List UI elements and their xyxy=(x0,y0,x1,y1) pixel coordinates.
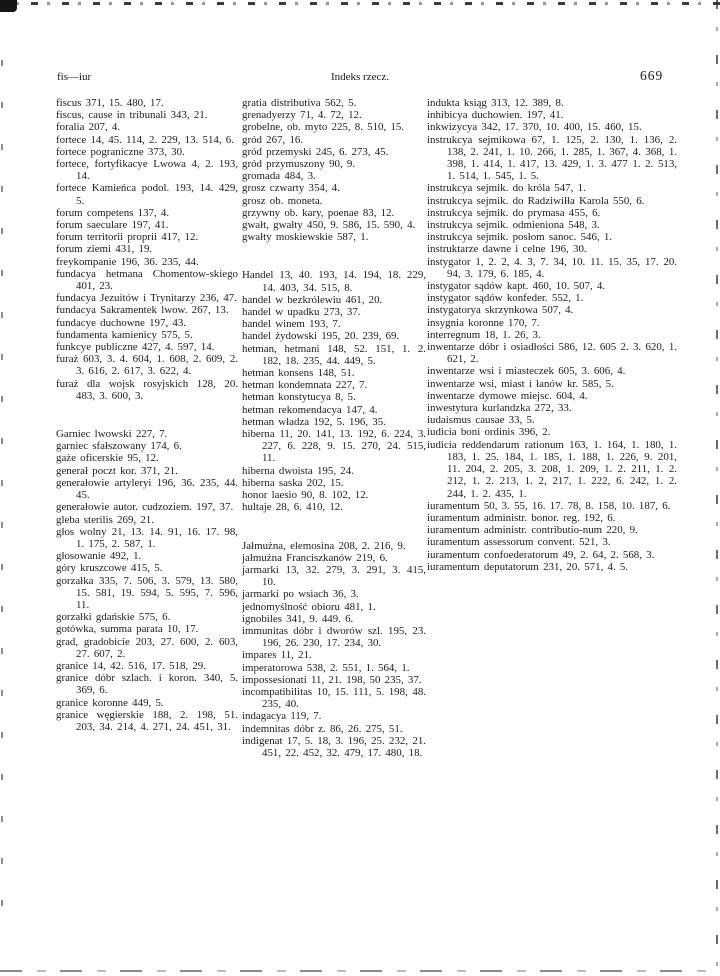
index-entry: inwentarze wsi, miast i łanów kr. 585, 5… xyxy=(427,378,677,390)
index-entry: Garniec lwowski 227, 7. xyxy=(56,428,238,440)
index-entry: gwałty moskiewskie 587, 1. xyxy=(242,231,426,243)
index-entry: gorzałka 335, 7. 506, 3. 579, 13. 580, 1… xyxy=(56,575,238,612)
index-entry: hetman rekomendacya 147, 4. xyxy=(242,404,426,416)
index-entry: góry kruszcowe 415, 5. xyxy=(56,562,238,574)
index-entry: hetman kondemnata 227, 7. xyxy=(242,379,426,391)
index-column-left: fiscus 371, 15. 480, 17.fiscus, cause in… xyxy=(56,97,238,733)
index-entry: instruktarze dawne i celne 196, 30. xyxy=(427,243,677,255)
scan-noise-corner-blob xyxy=(0,0,17,12)
index-entry: handel w upadku 273, 37. xyxy=(242,306,426,318)
index-entry: granice koronne 449, 5. xyxy=(56,697,238,709)
index-entry: indagacya 119, 7. xyxy=(242,710,426,722)
index-entry: głosowanie 492, 1. xyxy=(56,550,238,562)
index-entry: inwentarze dóbr i osiadłości 586, 12. 60… xyxy=(427,341,677,365)
index-entry: indigenat 17, 5. 18, 3. 196, 25. 232, 21… xyxy=(242,735,426,759)
index-entry: hultaje 28, 6. 410, 12. xyxy=(242,501,426,513)
index-entry: iudicia boni ordinis 396, 2. xyxy=(427,426,677,438)
index-entry: instygator sądów konfeder. 552, 1. xyxy=(427,292,677,304)
index-entry: instygator sądów kapt. 460, 10. 507, 4. xyxy=(427,280,677,292)
index-column-middle: gratia distributiva 562, 5.grenadyerzy 7… xyxy=(242,97,426,759)
index-entry: garniec sfałszowany 174, 6. xyxy=(56,440,238,452)
index-entry: gromada 484, 3. xyxy=(242,170,426,182)
index-entry: granice dóbr szlach. i koron. 340, 5. 36… xyxy=(56,672,238,696)
index-entry: granice 14, 42. 516, 17. 518, 29. xyxy=(56,660,238,672)
index-entry: generał poczt kor. 371, 21. xyxy=(56,465,238,477)
index-entry: iuramentum administr. bonor. reg. 192, 6… xyxy=(427,512,677,524)
scan-noise-bottom-edge xyxy=(0,970,720,972)
index-entry: hiberna saska 202, 15. xyxy=(242,477,426,489)
index-entry: fiscus 371, 15. 480, 17. xyxy=(56,97,238,109)
index-entry: iuramentum confoederatorum 49, 2. 64, 2.… xyxy=(427,549,677,561)
index-entry: fundamenta kamienicy 575, 5. xyxy=(56,329,238,341)
index-entry: Jałmużna, elemosina 208, 2. 216, 9. xyxy=(242,540,426,552)
index-entry: fortece pograniczne 373, 30. xyxy=(56,146,238,158)
index-entry: hetman, hetmani 148, 52. 151, 1. 2. 182,… xyxy=(242,343,426,367)
index-entry: freykompanie 196, 36. 235, 44. xyxy=(56,256,238,268)
index-entry: ignobiles 341, 9. 449. 6. xyxy=(242,613,426,625)
index-entry: funkcye publiczne 427, 4. 597, 14. xyxy=(56,341,238,353)
index-entry: głos wolny 21, 13. 14. 91, 16. 17. 98, 1… xyxy=(56,526,238,550)
index-entry: fortece Kamieńca podol. 193, 14. 429, 5. xyxy=(56,182,238,206)
index-group: indukta ksiąg 313, 12. 389, 8.inhibicya … xyxy=(427,97,677,573)
index-entry: grzywny ob. kary, poenae 83, 12. xyxy=(242,207,426,219)
index-entry: inwentarze dymowe miejsc. 604, 4. xyxy=(427,390,677,402)
page-number: 669 xyxy=(640,68,663,84)
index-entry: indemnitas dóbr z. 86, 26. 275, 51. xyxy=(242,723,426,735)
index-entry: gleba sterilis 269, 21. xyxy=(56,514,238,526)
index-entry: fundacya hetmana Chomentow-skiego 401, 2… xyxy=(56,268,238,292)
index-entry: generałowie artyleryi 196, 36. 235, 44. … xyxy=(56,477,238,501)
index-entry: handel w bezkrólewiu 461, 20. xyxy=(242,294,426,306)
index-entry: forum competens 137, 4. xyxy=(56,207,238,219)
index-entry: foralia 207, 4. xyxy=(56,121,238,133)
scan-noise-right-edge xyxy=(716,0,718,976)
index-entry: immunitas dóbr i dworów szl. 195, 23. 19… xyxy=(242,625,426,649)
index-entry: impares 11, 21. xyxy=(242,649,426,661)
index-group: gratia distributiva 562, 5.grenadyerzy 7… xyxy=(242,97,426,243)
index-entry: Handel 13, 40. 193, 14. 194, 18. 229, 14… xyxy=(242,269,426,293)
index-entry: fundacya Jezuitów i Trynitarzy 236, 47. xyxy=(56,292,238,304)
index-entry: hetman konstytucya 8, 5. xyxy=(242,391,426,403)
index-entry: iuramentum deputatorum 231, 20. 571, 4. … xyxy=(427,561,677,573)
index-entry: gwałt, gwałty 450, 9. 586, 15. 590, 4. xyxy=(242,219,426,231)
index-entry: furaż 603, 3. 4. 604, 1. 608, 2. 609, 2.… xyxy=(56,353,238,377)
index-entry: incompatibilitas 10, 15. 111, 5. 198, 48… xyxy=(242,686,426,710)
index-entry: fortece, fortyfikacye Lwowa 4, 2. 193, 1… xyxy=(56,158,238,182)
index-entry: jarmarki po wsiach 36, 3. xyxy=(242,588,426,600)
index-entry: instrukcya sejmik. posłom sanoc. 546, 1. xyxy=(427,231,677,243)
index-group: Handel 13, 40. 193, 14. 194, 18. 229, 14… xyxy=(242,269,426,513)
index-entry: furaż dla wojsk rosyjskich 128, 20. 483,… xyxy=(56,378,238,402)
index-entry: inkwizycya 342, 17. 370, 10. 400, 15. 46… xyxy=(427,121,677,133)
index-entry: interregnum 18, 1. 26, 3. xyxy=(427,329,677,341)
index-entry: fundacye duchowne 197, 43. xyxy=(56,317,238,329)
scan-noise-left-edge xyxy=(1,60,3,940)
index-group: fiscus 371, 15. 480, 17.fiscus, cause in… xyxy=(56,97,238,402)
index-entry: inwentarze wsi i miasteczek 605, 3. 606,… xyxy=(427,365,677,377)
index-entry: instrukcya sejmikowa 67, 1. 125, 2. 130,… xyxy=(427,134,677,183)
index-entry: iudicia reddendarum rationum 163, 1. 164… xyxy=(427,439,677,500)
index-entry: instrukcya sejmik. do prymasa 455, 6. xyxy=(427,207,677,219)
index-entry: instrukcya sejmik. do Radziwiłła Karola … xyxy=(427,195,677,207)
index-column-right: indukta ksiąg 313, 12. 389, 8.inhibicya … xyxy=(427,97,677,573)
running-head-title: Indeks rzecz. xyxy=(0,71,720,83)
index-entry: honor laesio 90, 8. 102, 12. xyxy=(242,489,426,501)
book-page: fis—iur Indeks rzecz. 669 fiscus 371, 15… xyxy=(0,0,720,976)
index-entry: forum ziemi 431, 19. xyxy=(56,243,238,255)
index-entry: iuramentum assessorum convent. 521, 3. xyxy=(427,536,677,548)
index-entry: hiberna dwoista 195, 24. xyxy=(242,465,426,477)
index-entry: grad, gradobicie 203, 27. 600, 2. 603, 2… xyxy=(56,636,238,660)
index-entry: jarmarki 13, 32. 279, 3. 291, 3. 415, 10… xyxy=(242,564,426,588)
index-entry: jednomyślność obioru 481, 1. xyxy=(242,601,426,613)
index-group: Garniec lwowski 227, 7.garniec sfałszowa… xyxy=(56,428,238,733)
index-entry: fundacya Sakramentek lwow. 267, 13. xyxy=(56,304,238,316)
index-entry: iuramentum 50, 3. 55, 16. 17. 78, 8. 158… xyxy=(427,500,677,512)
index-entry: handel żydowski 195, 20. 239, 69. xyxy=(242,330,426,342)
index-entry: indukta ksiąg 313, 12. 389, 8. xyxy=(427,97,677,109)
index-entry: imperatorowa 538, 2. 551, 1. 564, 1. xyxy=(242,662,426,674)
index-entry: gratia distributiva 562, 5. xyxy=(242,97,426,109)
index-entry: grosz czwarty 354, 4. xyxy=(242,182,426,194)
index-entry: hetman konsens 148, 51. xyxy=(242,367,426,379)
index-entry: insygnia koronne 170, 7. xyxy=(427,317,677,329)
index-entry: fiscus, cause in tribunali 343, 21. xyxy=(56,109,238,121)
index-entry: generałowie autor. cudzoziem. 197, 37. xyxy=(56,501,238,513)
index-entry: iuramentum administr. contributio-num 22… xyxy=(427,524,677,536)
index-entry: gród przemyski 245, 6. 273, 45. xyxy=(242,146,426,158)
index-entry: fortece 14, 45. 114, 2. 229, 13. 514, 6. xyxy=(56,134,238,146)
index-entry: gród przymuszony 90, 9. xyxy=(242,158,426,170)
index-entry: instrukcya sejmik. odmieniona 548, 3. xyxy=(427,219,677,231)
index-entry: grosz ob. moneta. xyxy=(242,195,426,207)
index-entry: hetman władza 192, 5. 196, 35. xyxy=(242,416,426,428)
index-entry: gród 267, 16. xyxy=(242,134,426,146)
index-entry: inwestytura kurlandzka 272, 33. xyxy=(427,402,677,414)
index-entry: forum saeculare 197, 41. xyxy=(56,219,238,231)
index-entry: instygatorya skrzynkowa 507, 4. xyxy=(427,304,677,316)
index-entry: inhibicya duchowien. 197, 41. xyxy=(427,109,677,121)
index-entry: impossesionati 11, 21. 198, 50 235, 37. xyxy=(242,674,426,686)
index-group: Jałmużna, elemosina 208, 2. 216, 9.jałmu… xyxy=(242,540,426,760)
index-entry: instrukcya sejmik. do króla 547, 1. xyxy=(427,182,677,194)
index-entry: jałmużna Franciszkanów 219, 6. xyxy=(242,552,426,564)
index-entry: instygator 1, 2. 2, 4. 3, 7. 34, 10. 11.… xyxy=(427,256,677,280)
scan-noise-top-edge xyxy=(0,2,720,5)
index-entry: gotówka, summa parata 10, 17. xyxy=(56,623,238,635)
index-entry: handel winem 193, 7. xyxy=(242,318,426,330)
index-entry: hiberna 11, 20. 141, 13. 192, 6. 224, 3.… xyxy=(242,428,426,465)
index-entry: forum territorii proprii 417, 12. xyxy=(56,231,238,243)
index-entry: gaże oficerskie 95, 12. xyxy=(56,452,238,464)
index-entry: grobelne, ob. myto 225, 8. 510, 15. xyxy=(242,121,426,133)
index-entry: granice węgierskie 188, 2. 198, 51. 203,… xyxy=(56,709,238,733)
index-entry: iudaismus causae 33, 5. xyxy=(427,414,677,426)
index-entry: grenadyerzy 71, 4. 72, 12. xyxy=(242,109,426,121)
index-entry: gorzałki gdańskie 575, 6. xyxy=(56,611,238,623)
